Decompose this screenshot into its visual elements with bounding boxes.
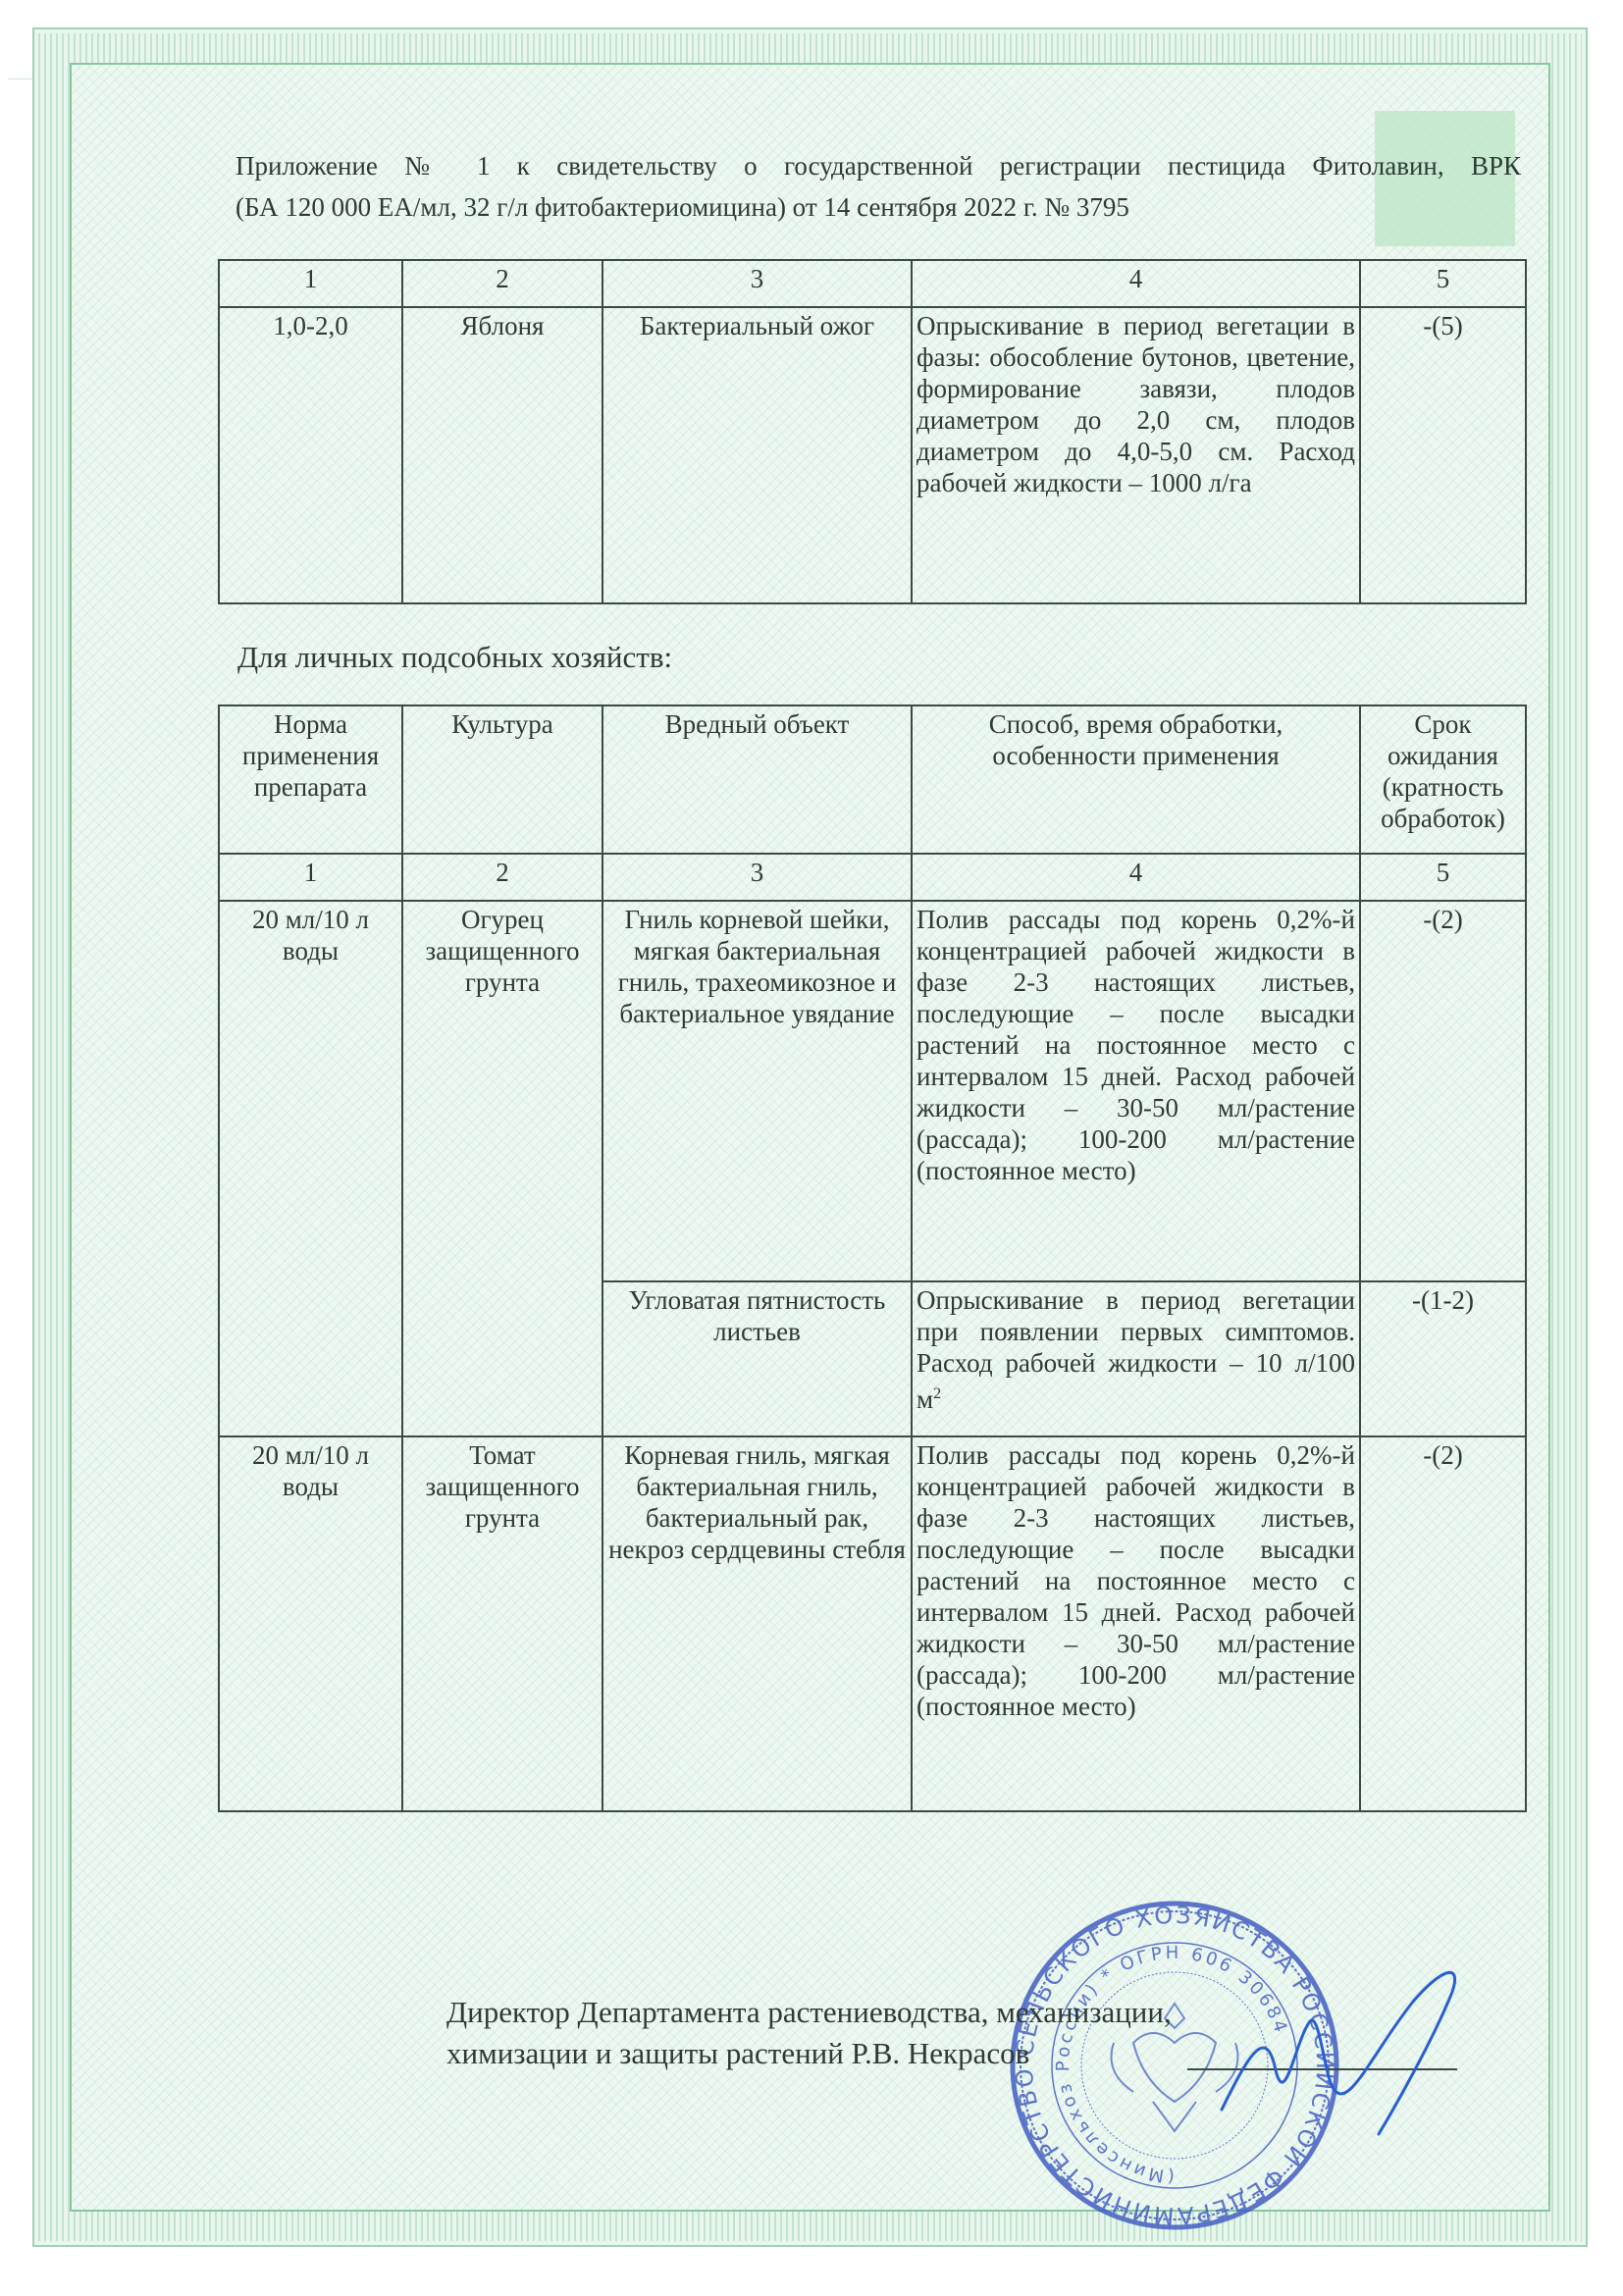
caption-line-1: Приложение № 1 к свидетельству о государ… (236, 145, 1521, 186)
method-cell: Опрыскивание в период вегетации при появ… (912, 1281, 1360, 1436)
waiting-period-cell: -(2) (1360, 1436, 1526, 1811)
column-number: 5 (1360, 260, 1526, 307)
section-heading: Для личных подсобных хозяйств: (237, 638, 672, 677)
rate-cell: 20 мл/10 л воды (219, 901, 402, 1436)
method-cell: Полив рассады под корень 0,2%-й концентр… (912, 901, 1360, 1281)
column-number: 2 (402, 854, 602, 901)
pest-cell: Гниль корневой шейки, мягкая бактериальн… (602, 901, 912, 1281)
rate-cell: 1,0-2,0 (219, 307, 402, 603)
column-number: 3 (602, 260, 912, 307)
waiting-period-cell: -(5) (1360, 307, 1526, 603)
column-number: 2 (402, 260, 602, 307)
superscript: 2 (933, 1385, 941, 1402)
pest-cell: Бактериальный ожог (602, 307, 912, 603)
crop-cell: Томат защищенного грунта (402, 1436, 602, 1811)
table-row: 1,0-2,0 Яблоня Бактериальный ожог Опрыск… (219, 307, 1526, 603)
document-caption: Приложение № 1 к свидетельству о государ… (236, 145, 1521, 228)
waiting-period-cell: -(2) (1360, 901, 1526, 1281)
method-cell: Опрыскивание в период вегетации в фазы: … (912, 307, 1360, 603)
crop-cell: Огурец защищенного грунта (402, 901, 602, 1436)
pest-cell: Корневая гниль, мягкая бактериальная гни… (602, 1436, 912, 1811)
waiting-period-cell: -(1-2) (1360, 1281, 1526, 1436)
table-row: 20 мл/10 л воды Огурец защищенного грунт… (219, 901, 1526, 1281)
header-rate: Норма применения препарата (219, 705, 402, 854)
rate-cell: 20 мл/10 л воды (219, 1436, 402, 1811)
commercial-use-table: 1 2 3 4 5 1,0-2,0 Яблоня Бактериальный о… (218, 259, 1527, 604)
signatory-block: Директор Департамента растениеводства, м… (446, 1992, 1172, 2074)
header-method: Способ, время обработки, особенности при… (912, 705, 1360, 854)
signatory-title-line-2: химизации и защиты растений Р.В. Некрасо… (446, 2033, 1172, 2074)
table-row: 20 мл/10 л воды Томат защищенного грунта… (219, 1436, 1526, 1811)
column-number: 4 (912, 260, 1360, 307)
private-farms-table: Норма применения препарата Культура Вред… (218, 704, 1527, 1812)
header-waiting: Срок ожидания (кратность обработок) (1360, 705, 1526, 854)
header-pest: Вредный объект (602, 705, 912, 854)
column-number: 4 (912, 854, 1360, 901)
signatory-title-line-1: Директор Департамента растениеводства, м… (446, 1992, 1172, 2033)
column-number: 3 (602, 854, 912, 901)
method-cell: Полив рассады под корень 0,2%-й концентр… (912, 1436, 1360, 1811)
column-number: 1 (219, 260, 402, 307)
signature-icon (1217, 1962, 1482, 2139)
column-number-row: 1 2 3 4 5 (219, 260, 1526, 307)
header-crop: Культура (402, 705, 602, 854)
header-row: Норма применения препарата Культура Вред… (219, 705, 1526, 854)
caption-line-2: (БА 120 000 ЕА/мл, 32 г/л фитобактериоми… (236, 186, 1521, 228)
column-number: 1 (219, 854, 402, 901)
column-number-row: 1 2 3 4 5 (219, 854, 1526, 901)
pest-cell: Угловатая пятнистость листьев (602, 1281, 912, 1436)
method-text: Опрыскивание в период вегетации при появ… (916, 1285, 1355, 1414)
crop-cell: Яблоня (402, 307, 602, 603)
column-number: 5 (1360, 854, 1526, 901)
